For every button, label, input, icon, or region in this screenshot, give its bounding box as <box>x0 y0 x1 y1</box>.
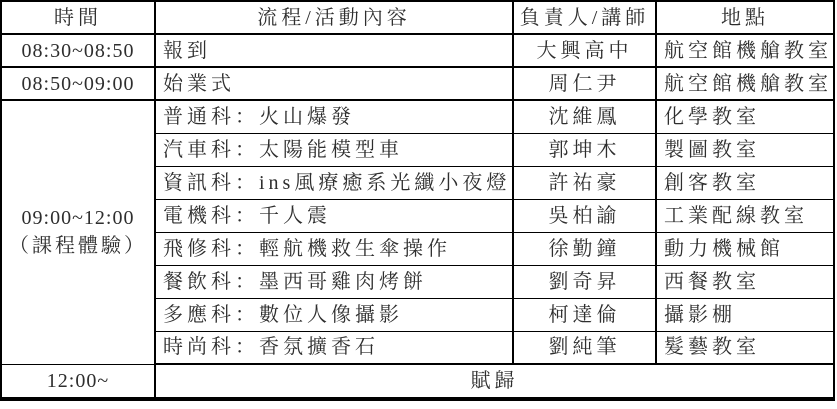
table-row: 09:00~12:00 （課程體驗） 普通科：火山爆發 沈維鳳 化學教室 <box>1 100 834 133</box>
place-cell: 航空館機艙教室 <box>656 67 834 100</box>
place-cell: 髮藝教室 <box>656 331 834 364</box>
person-cell: 徐勤鐘 <box>513 232 656 265</box>
person-cell: 郭坤木 <box>513 133 656 166</box>
header-place: 地點 <box>656 1 834 34</box>
person-cell: 劉純筆 <box>513 331 656 364</box>
header-activity: 流程/活動內容 <box>155 1 513 34</box>
footer-label-cell: 賦歸 <box>155 364 834 399</box>
place-cell: 西餐教室 <box>656 265 834 298</box>
activity-cell: 餐飲科：墨西哥雞肉烤餅 <box>155 265 513 298</box>
header-person: 負責人/講師 <box>513 1 656 34</box>
person-cell: 柯達倫 <box>513 298 656 331</box>
person-cell: 沈維鳳 <box>513 100 656 133</box>
course-time-note: （課程體驗） <box>2 236 154 256</box>
place-cell: 創客教室 <box>656 166 834 199</box>
activity-cell: 飛修科：輕航機救生傘操作 <box>155 232 513 265</box>
time-cell: 12:00~ <box>1 364 155 399</box>
table-row: 08:30~08:50 報到 大興高中 航空館機艙教室 <box>1 34 834 67</box>
place-cell: 航空館機艙教室 <box>656 34 834 67</box>
activity-cell: 汽車科：太陽能模型車 <box>155 133 513 166</box>
person-cell: 吳柏諭 <box>513 199 656 232</box>
schedule-table: 時間 流程/活動內容 負責人/講師 地點 08:30~08:50 報到 大興高中… <box>0 0 835 401</box>
activity-cell: 電機科：千人震 <box>155 199 513 232</box>
place-cell: 攝影棚 <box>656 298 834 331</box>
course-time-cell: 09:00~12:00 （課程體驗） <box>1 100 155 364</box>
footer-row: 12:00~ 賦歸 <box>1 364 834 399</box>
person-cell: 許祐豪 <box>513 166 656 199</box>
time-cell: 08:30~08:50 <box>1 34 155 67</box>
course-time-range: 09:00~12:00 <box>2 208 154 228</box>
activity-cell: 多應科：數位人像攝影 <box>155 298 513 331</box>
header-time: 時間 <box>1 1 155 34</box>
activity-cell: 時尚科：香氛擴香石 <box>155 331 513 364</box>
place-cell: 動力機械館 <box>656 232 834 265</box>
schedule-sheet: 時間 流程/活動內容 負責人/講師 地點 08:30~08:50 報到 大興高中… <box>0 0 837 409</box>
activity-cell: 普通科：火山爆發 <box>155 100 513 133</box>
header-row: 時間 流程/活動內容 負責人/講師 地點 <box>1 1 834 34</box>
activity-cell: 始業式 <box>155 67 513 100</box>
place-cell: 化學教室 <box>656 100 834 133</box>
time-cell: 08:50~09:00 <box>1 67 155 100</box>
activity-cell: 報到 <box>155 34 513 67</box>
table-row: 08:50~09:00 始業式 周仁尹 航空館機艙教室 <box>1 67 834 100</box>
person-cell: 劉奇昇 <box>513 265 656 298</box>
place-cell: 工業配線教室 <box>656 199 834 232</box>
activity-cell: 資訊科：ins風療癒系光纖小夜燈 <box>155 166 513 199</box>
place-cell: 製圖教室 <box>656 133 834 166</box>
person-cell: 大興高中 <box>513 34 656 67</box>
person-cell: 周仁尹 <box>513 67 656 100</box>
